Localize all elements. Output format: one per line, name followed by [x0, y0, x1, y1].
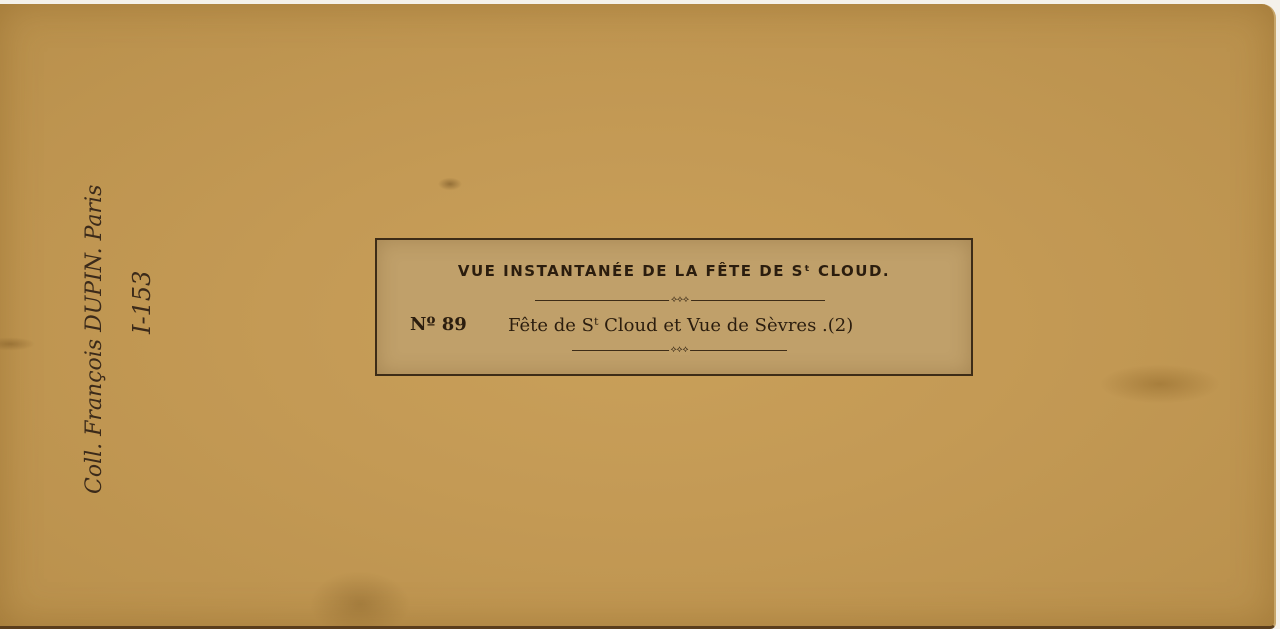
- stereoview-card-back: VUE INSTANTANÉE DE LA FÊTE DE Sᵗ CLOUD. …: [0, 4, 1276, 629]
- view-number: Nº 89: [410, 314, 467, 335]
- handwritten-catalog-id: I-153: [128, 271, 156, 334]
- printed-label: VUE INSTANTANÉE DE LA FÊTE DE Sᵗ CLOUD. …: [375, 238, 973, 376]
- handwritten-collection-note: Coll. François DUPIN. Paris: [82, 185, 107, 494]
- ornamental-rule-bottom: ⟡⟡⟡: [572, 350, 787, 351]
- view-caption: Fête de Sᵗ Cloud et Vue de Sèvres .(2): [508, 315, 853, 336]
- ornament-icon: ⟡⟡⟡: [669, 345, 691, 355]
- ornament-icon: ⟡⟡⟡: [669, 295, 691, 305]
- label-title: VUE INSTANTANÉE DE LA FÊTE DE Sᵗ CLOUD.: [377, 262, 971, 280]
- ornamental-rule-top: ⟡⟡⟡: [535, 300, 825, 301]
